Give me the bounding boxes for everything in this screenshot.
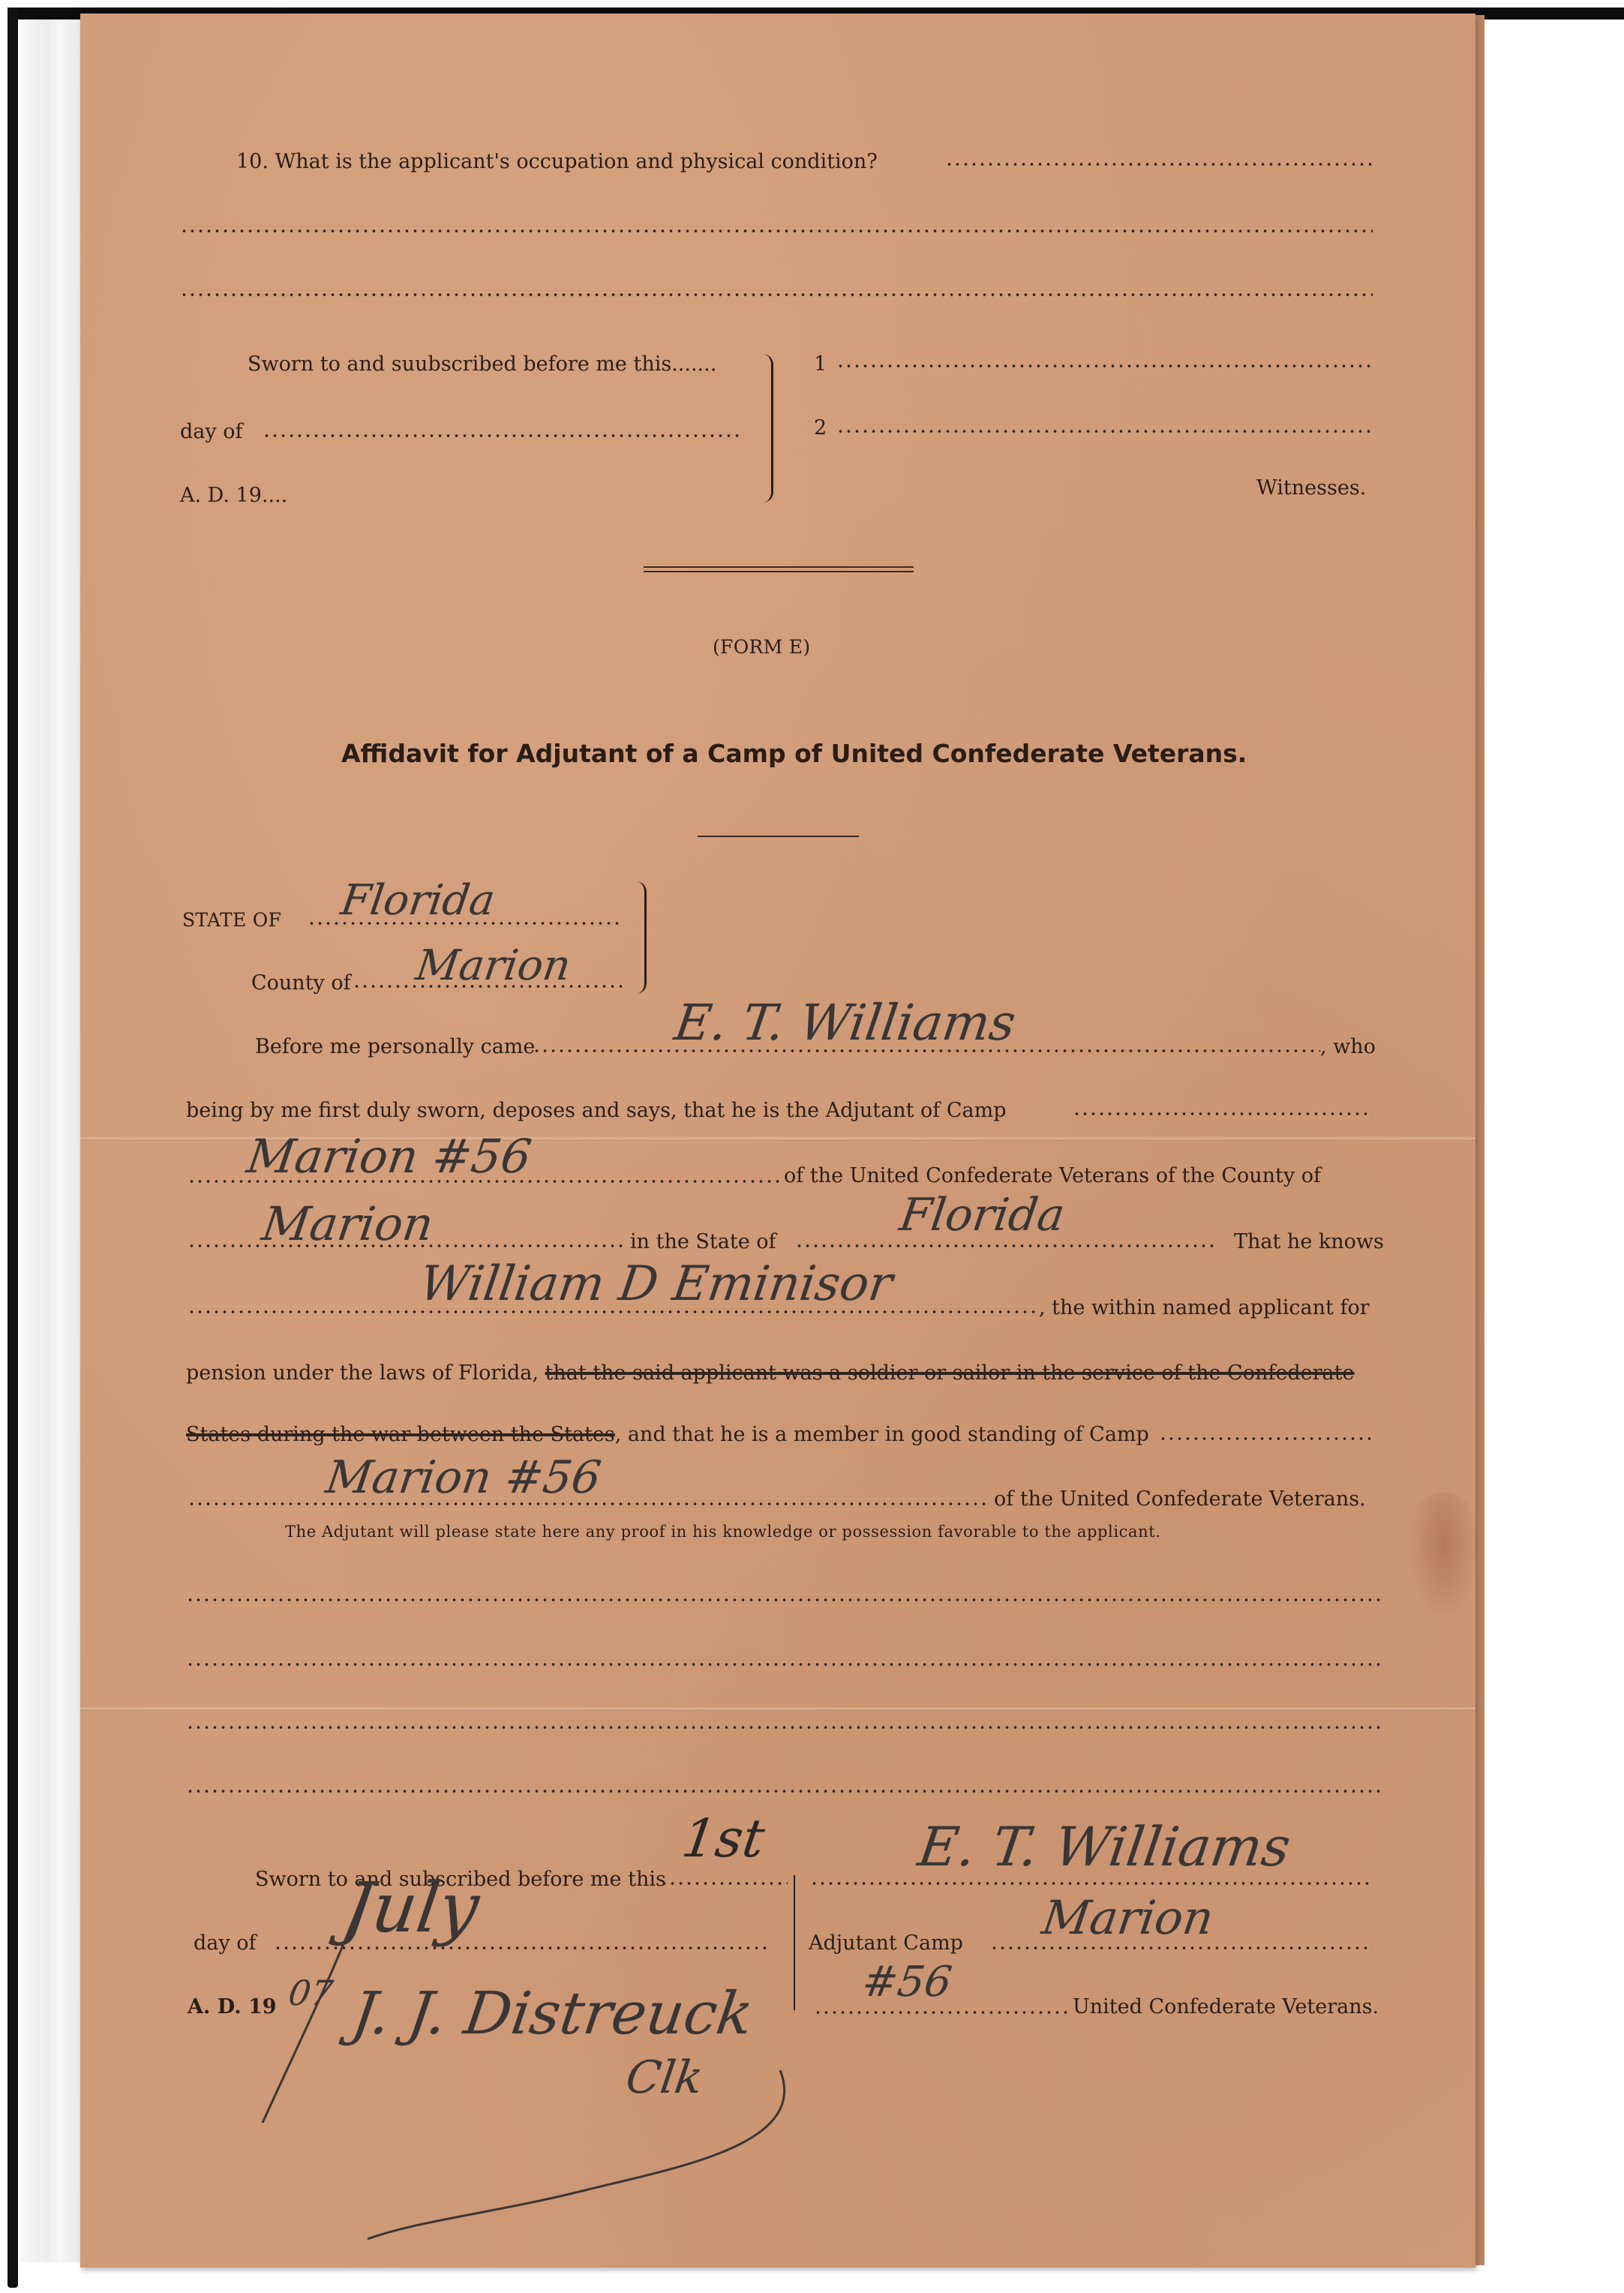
proof-line[interactable] <box>186 1789 1382 1793</box>
witness-1-label: 1 <box>814 353 827 376</box>
answer-line[interactable] <box>945 162 1373 167</box>
ad-year-label: A. D. 19.... <box>180 484 287 507</box>
camp-value[interactable]: Marion #56 <box>244 1129 535 1184</box>
before-me-text: Before me personally came <box>255 1035 535 1058</box>
who-text: , who <box>1320 1035 1376 1058</box>
day-value[interactable]: 1st <box>678 1808 768 1869</box>
camp-field-line[interactable] <box>1073 1112 1373 1116</box>
camp-number-field-line[interactable] <box>814 2010 1069 2015</box>
body-line-7-plain: , and that he is a member in good standi… <box>615 1423 1149 1446</box>
signature-flourish <box>360 2055 825 2243</box>
witness-1-field[interactable] <box>836 364 1373 368</box>
struck-text: that the said applicant was a soldier or… <box>545 1361 1355 1385</box>
applicant-name[interactable]: William D Eminisor <box>416 1256 896 1312</box>
proof-line[interactable] <box>186 1662 1382 1667</box>
applicant-suffix: , the within named applicant for <box>1039 1296 1370 1319</box>
day-of-label: day of <box>180 420 242 443</box>
county-of-label: County of <box>251 971 351 995</box>
title-rule <box>698 836 859 837</box>
binder-edge <box>8 8 18 2288</box>
form-title: Affidavit for Adjutant of a Camp of Unit… <box>341 739 1247 768</box>
question-10: 10. What is the applicant's occupation a… <box>236 150 878 173</box>
affiant-name[interactable]: E. T. Williams <box>671 994 1019 1052</box>
county-value-2[interactable]: Marion <box>259 1196 437 1251</box>
adjutant-signature[interactable]: E. T. Williams <box>914 1815 1294 1878</box>
stain-mark <box>1410 1493 1478 1620</box>
plastic-sleeve <box>20 20 87 2262</box>
state-of-label: STATE OF <box>182 909 281 931</box>
body-line-7: States during the war between the States… <box>186 1423 1149 1446</box>
body-line-2: being by me first duly sworn, deposes an… <box>186 1099 1007 1122</box>
witness-2-label: 2 <box>814 416 827 440</box>
in-state-of-text: in the State of <box>630 1230 776 1253</box>
form-label: (FORM E) <box>713 636 810 658</box>
day-of-field[interactable] <box>263 434 743 438</box>
state-value-2[interactable]: Florida <box>896 1189 1068 1241</box>
proof-line[interactable] <box>186 1725 1382 1730</box>
camp-field-line-3[interactable] <box>1159 1436 1373 1441</box>
notary-signature[interactable]: J. J. Distreuck <box>348 1980 758 2048</box>
state-of-value[interactable]: Florida <box>338 876 498 925</box>
answer-line[interactable] <box>180 293 1373 297</box>
adjutant-signature-line[interactable] <box>810 1881 1373 1886</box>
witness-2-field[interactable] <box>836 429 1373 434</box>
fold-line <box>80 1706 1475 1711</box>
double-rule <box>644 566 914 568</box>
sworn-line: Sworn to and suubscribed before me this.… <box>248 353 716 376</box>
camp-value-2[interactable]: Marion #56 <box>323 1451 604 1504</box>
body-line-3: of the United Confederate Veterans of th… <box>784 1164 1321 1187</box>
struck-text: States during the war between the States <box>186 1423 615 1446</box>
venue-brace <box>634 881 647 994</box>
camp-number[interactable]: #56 <box>859 1958 954 2006</box>
answer-line[interactable] <box>180 229 1373 233</box>
signature-divider <box>794 1875 795 2010</box>
brace <box>758 354 773 503</box>
body-line-6: pension under the laws of Florida, that … <box>186 1361 1354 1385</box>
ucv-label: United Confederate Veterans. <box>1073 1995 1379 2018</box>
day-field-line[interactable] <box>660 1881 788 1886</box>
double-rule <box>644 571 914 572</box>
state-field-line-2[interactable] <box>795 1244 1215 1248</box>
proof-line[interactable] <box>186 1598 1382 1602</box>
paper-back-edge <box>1475 15 1484 2265</box>
adjutant-camp-value[interactable]: Marion <box>1039 1890 1217 1945</box>
witnesses-label: Witnesses. <box>1256 476 1366 500</box>
day-of-label-2: day of <box>194 1931 256 1955</box>
body-line-6-plain: pension under the laws of Florida, <box>186 1361 545 1385</box>
that-he-knows-text: That he knows <box>1234 1230 1384 1253</box>
adjutant-camp-field-line[interactable] <box>990 1946 1373 1950</box>
adjutant-camp-label: Adjutant Camp <box>809 1931 963 1955</box>
signature-stroke <box>255 1875 405 2130</box>
body-line-8: of the United Confederate Veterans. <box>994 1487 1366 1511</box>
adjutant-instruction: The Adjutant will please state here any … <box>285 1523 1161 1541</box>
county-of-value[interactable]: Marion <box>413 941 573 990</box>
